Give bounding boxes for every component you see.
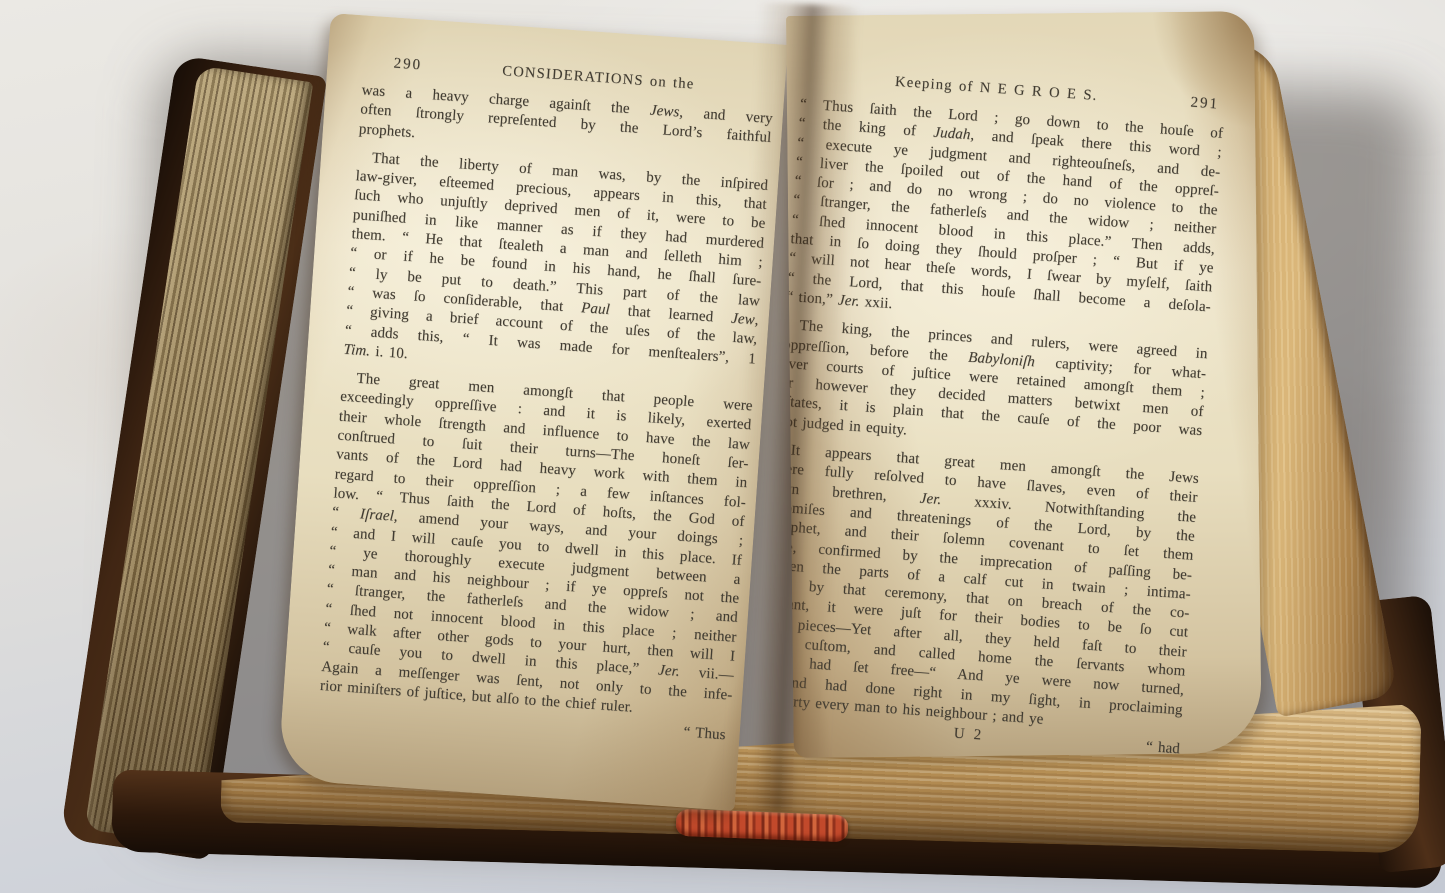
left-page-body: was a heavy charge againſt the Jews, and… — [319, 81, 773, 724]
right-page: Keeping of N E G R O E S. 291 “ Thus ſai… — [786, 11, 1262, 758]
right-page-text: Keeping of N E G R O E S. 291 “ Thus ſai… — [786, 67, 1226, 758]
paragraph: The great men amongſt that people wereex… — [319, 369, 753, 725]
left-page: 290 CONSIDERATIONS on the was a heavy ch… — [277, 13, 787, 811]
paragraph: “ Thus ſaith the Lord ; go down to the h… — [786, 95, 1224, 336]
left-page-number: 290 — [393, 56, 423, 75]
paragraph: That the liberty of man was, by the inſp… — [343, 148, 769, 388]
left-page-text: 290 CONSIDERATIONS on the was a heavy ch… — [318, 53, 775, 744]
signature-mark: U 2 — [953, 726, 984, 745]
paragraph: The king, the princes and rulers, were a… — [786, 316, 1208, 461]
right-page-body: “ Thus ſaith the Lord ; go down to the h… — [786, 95, 1224, 739]
photo-scene: 290 CONSIDERATIONS on the was a heavy ch… — [0, 0, 1445, 893]
right-page-number: 291 — [1190, 95, 1220, 114]
paragraph: It appears that great men amongſt the Je… — [786, 440, 1199, 739]
